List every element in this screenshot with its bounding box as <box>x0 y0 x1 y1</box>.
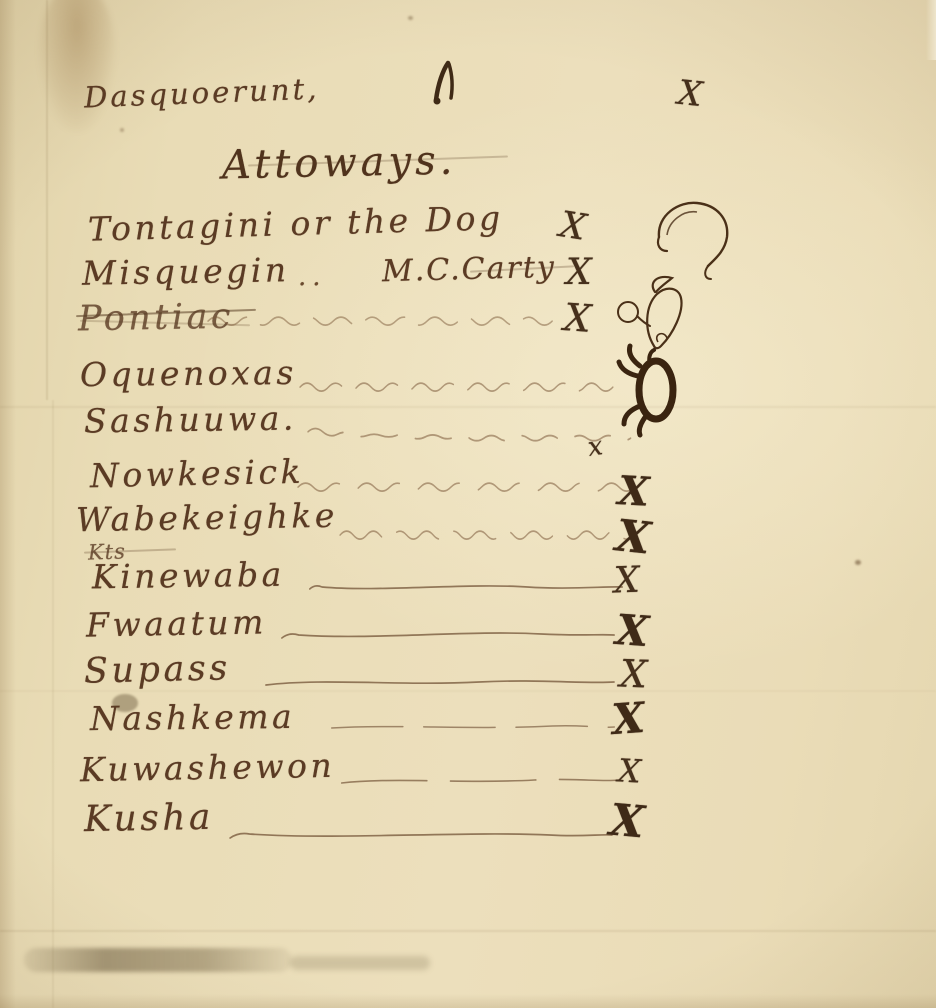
entry-x-mark: X <box>566 252 592 293</box>
speck <box>855 560 861 565</box>
dash-line <box>228 828 614 842</box>
fold-crease <box>46 0 48 400</box>
speck <box>120 128 124 132</box>
entry-x-mark: X <box>617 467 650 516</box>
entry-x-mark: X <box>613 510 652 564</box>
entry-name: Nowkesick <box>90 452 305 495</box>
entry-x-mark: X <box>613 560 640 602</box>
dash-line <box>264 676 616 690</box>
squiggle-line <box>300 378 620 394</box>
pen-stroke-mark <box>428 60 466 106</box>
entry-x-mark: X <box>614 605 650 656</box>
entry-x-mark: X <box>608 795 646 849</box>
entry-name: Kusha <box>84 797 215 840</box>
entry-name: Misquegin <box>82 250 290 293</box>
entry-name: Sashuuwa. <box>84 399 297 441</box>
entry-name: Supass <box>84 648 232 692</box>
smudge-mark <box>290 956 430 970</box>
speck <box>408 16 413 20</box>
entry-name: Tontagini or the Dog <box>88 198 505 249</box>
manuscript-page: Dasquoerunt, X Attoways. Tontagini or th… <box>0 0 936 1008</box>
entry-name: Wabekeighke <box>76 496 339 540</box>
bottom-edge-shading <box>0 994 936 1008</box>
dash-line <box>308 580 624 594</box>
entry-name: Oquenoxas <box>80 353 297 394</box>
docket-title: Dasquoerunt, <box>83 71 320 114</box>
entry-x-mark: X <box>617 751 642 790</box>
docket-x-mark: X <box>676 73 704 115</box>
entry-name: Fwaatum <box>86 602 267 644</box>
fold-crease <box>0 930 936 932</box>
entry-name: Kinewaba <box>92 555 285 597</box>
smudge-mark <box>24 948 292 972</box>
entry-name: Nashkema <box>90 697 296 738</box>
squiggle-line <box>298 478 642 494</box>
squiggle-line <box>208 312 560 328</box>
dash-line <box>340 774 620 788</box>
entry-name: Kuwashewon <box>80 746 336 789</box>
dark-branched-totem-icon <box>606 330 702 438</box>
entry-x-mark: X <box>557 204 589 249</box>
entry-x-mark: X <box>619 652 648 697</box>
dash-line <box>330 720 616 734</box>
squiggle-line <box>340 526 640 542</box>
fold-crease <box>52 400 54 1008</box>
entry-dots: .. <box>298 262 327 292</box>
top-right-edge-highlight <box>926 0 936 60</box>
entry-x-mark: X <box>562 295 592 341</box>
dash-line <box>280 628 616 642</box>
entry-x-mark: X <box>610 693 646 744</box>
left-edge-shading <box>0 0 16 1008</box>
